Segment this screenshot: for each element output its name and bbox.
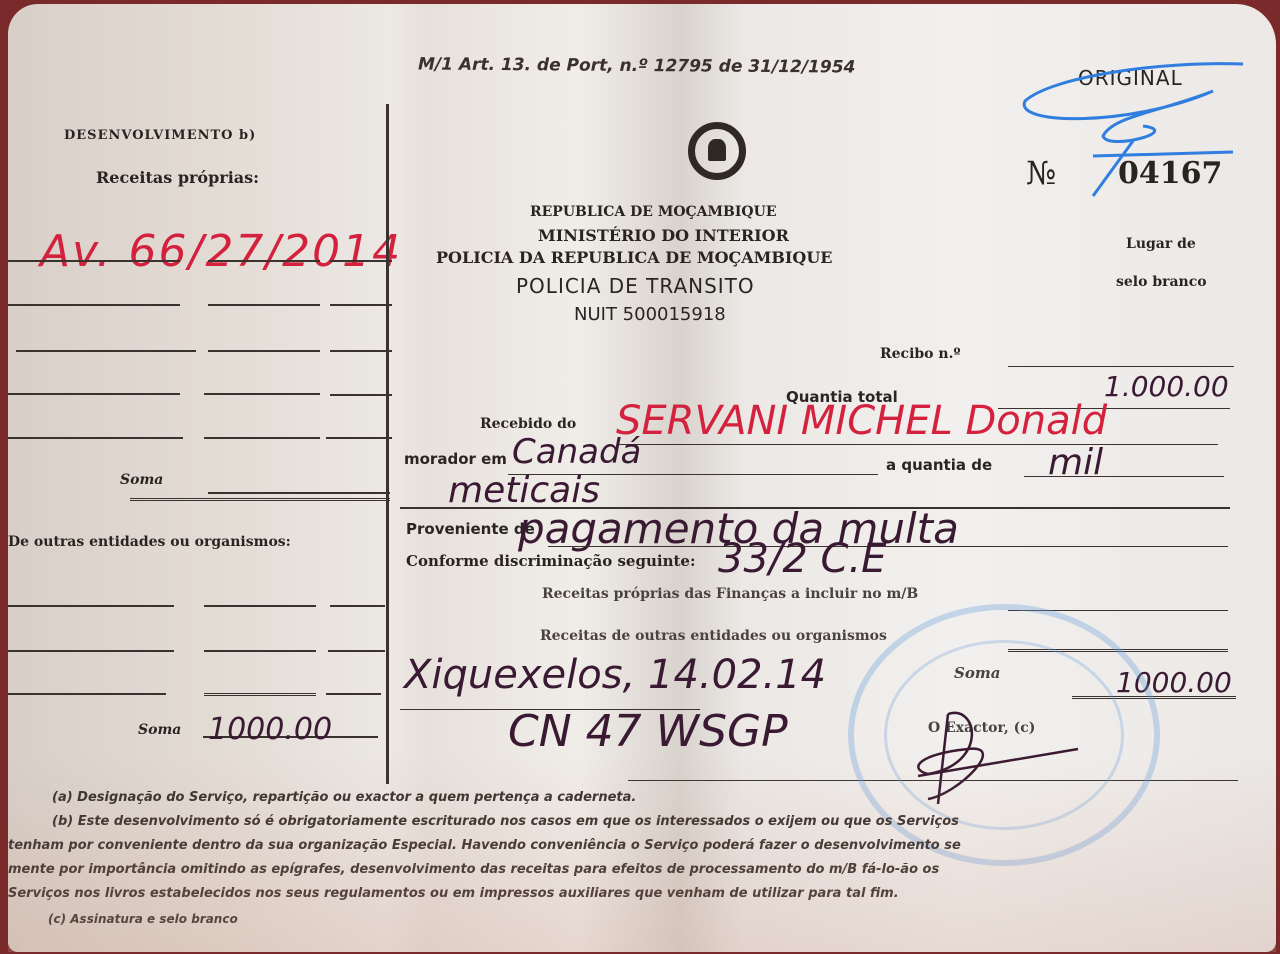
issuer-line1: REPUBLICA DE MOÇAMBIQUE — [530, 204, 776, 220]
stub-heading: DESENVOLVIMENTO b) — [64, 128, 256, 143]
seal-place-line2: selo branco — [1116, 274, 1207, 290]
footnote-b-line1: (b) Este desenvolvimento só é obrigatori… — [52, 814, 959, 829]
place-date: Xiquexelos, 14.02.14 — [404, 652, 826, 698]
footnote-a: (a) Designação do Serviço, repartição ou… — [52, 790, 636, 805]
stub-soma-label: Soma — [120, 472, 163, 488]
quantia-label: a quantia de — [886, 456, 992, 474]
morador-label: morador em — [404, 450, 507, 468]
receipt-number: 04167 — [1118, 156, 1222, 191]
conforme-value: 33/2 C.E — [718, 536, 886, 582]
stub-soma2-label: Soma — [138, 722, 181, 738]
vehicle-plate: CN 47 WSGP — [508, 706, 788, 757]
proveniente-label: Proveniente de — [406, 520, 535, 538]
issuer-line3: POLICIA DA REPUBLICA DE MOÇAMBIQUE — [436, 248, 832, 267]
morador-value: Canadá — [512, 432, 641, 472]
footnote-c: (c) Assinatura e selo branco — [48, 912, 238, 926]
quantia-total-value: 1.000.00 — [1104, 370, 1229, 403]
stub-other-entities-label: De outras entidades ou organismos: — [8, 534, 291, 550]
issuer-line2: MINISTÉRIO DO INTERIOR — [538, 226, 789, 245]
stub-subheading: Receitas próprias: — [96, 168, 259, 187]
issuer-line4: POLICIA DE TRANSITO — [516, 274, 755, 298]
footnote-b-line2: tenham por conveniente dentro da sua org… — [8, 838, 961, 853]
number-symbol: № — [1026, 154, 1056, 192]
receitas-outras-label: Receitas de outras entidades ou organism… — [540, 628, 887, 644]
receitas-financas-label: Receitas próprias das Finanças a incluir… — [542, 586, 918, 602]
coat-of-arms-icon — [688, 122, 746, 180]
legal-reference: M/1 Art. 13. de Port, n.º 12795 de 31/12… — [418, 54, 856, 77]
seal-place-line1: Lugar de — [1126, 236, 1196, 252]
recebido-value: SERVANI MICHEL Donald — [616, 398, 1107, 444]
recebido-label: Recebido do — [480, 416, 576, 432]
receipt-paper: M/1 Art. 13. de Port, n.º 12795 de 31/12… — [8, 4, 1276, 952]
footnote-b-line3: mente por importância omitindo as epígra… — [8, 862, 939, 877]
stub-soma2-value: 1000.00 — [208, 712, 332, 747]
recibo-label: Recibo n.º — [880, 346, 960, 362]
issuer-line5: NUIT 500015918 — [574, 304, 726, 325]
stub-handwritten-ref: Av. 66/27/2014 — [40, 226, 402, 277]
footnote-b-line4: Serviços nos livros estabelecidos nos se… — [8, 886, 899, 901]
conforme-label: Conforme discriminação seguinte: — [406, 552, 695, 570]
